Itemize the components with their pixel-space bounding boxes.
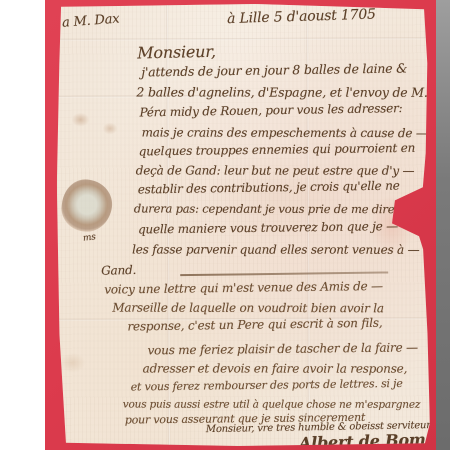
paper-stain (103, 123, 118, 135)
letter-line: mais je crains des empeschements à cause… (142, 126, 428, 139)
letter-line: deçà de Gand: leur but ne peut estre que… (136, 164, 415, 176)
scan-edge-strip (436, 0, 450, 450)
letter-photo: ms a M. Dax à Lille 5 d'aoust 1705 Monsi… (0, 0, 450, 450)
letter-line: j'attends de jour en jour 8 balles de la… (141, 63, 407, 79)
seal-scribble: ms (83, 233, 97, 243)
letter-line: Gand. (101, 264, 136, 277)
letter-line: quelques trouppes ennemies qui pourroien… (139, 142, 416, 158)
pen-stroke-rule (180, 271, 388, 276)
letter-line: 2 balles d'agnelins, d'Espagne, et l'env… (136, 86, 427, 99)
letter-line: adresser et devois en faire avoir la res… (143, 362, 408, 374)
red-background-mat: ms a M. Dax à Lille 5 d'aoust 1705 Monsi… (45, 0, 436, 450)
address-docket: a M. Dax (62, 13, 120, 30)
letter-line: Péra midy de Rouen, pour vous les adress… (139, 102, 402, 118)
letter-line: vous me feriez plaisir de tascher de la … (147, 341, 417, 356)
dateline: à Lille 5 d'aoust 1705 (227, 8, 376, 27)
letter-line: Marseille de laquelle on voudroit bien a… (112, 302, 384, 315)
salutation: Monsieur, (137, 44, 216, 62)
signature: Albert de Bomon (299, 431, 448, 450)
letter-line: quelle maniere vous trouverez bon que je… (138, 220, 398, 235)
letter-line: durera pas: cependant je vous prie de me… (134, 203, 412, 215)
letter-paper: ms a M. Dax à Lille 5 d'aoust 1705 Monsi… (56, 3, 431, 447)
letter-line: voicy une lettre qui m'est venue des Ami… (104, 280, 383, 296)
fold-crease (56, 37, 429, 41)
letter-line: vous puis aussi estre util à quelque cho… (123, 400, 420, 411)
letter-line: response, c'est un Pere qui escrit à son… (127, 317, 382, 333)
paper-stain (60, 353, 86, 373)
letter-line: et vous ferez rembourser des ports de le… (131, 378, 403, 393)
letter-line: les fasse parvenir quand elles seront ve… (132, 243, 419, 255)
paper-stain (72, 113, 90, 127)
wax-seal-stain (59, 177, 116, 235)
letter-line: establir des contributions, je crois qu'… (138, 180, 400, 196)
